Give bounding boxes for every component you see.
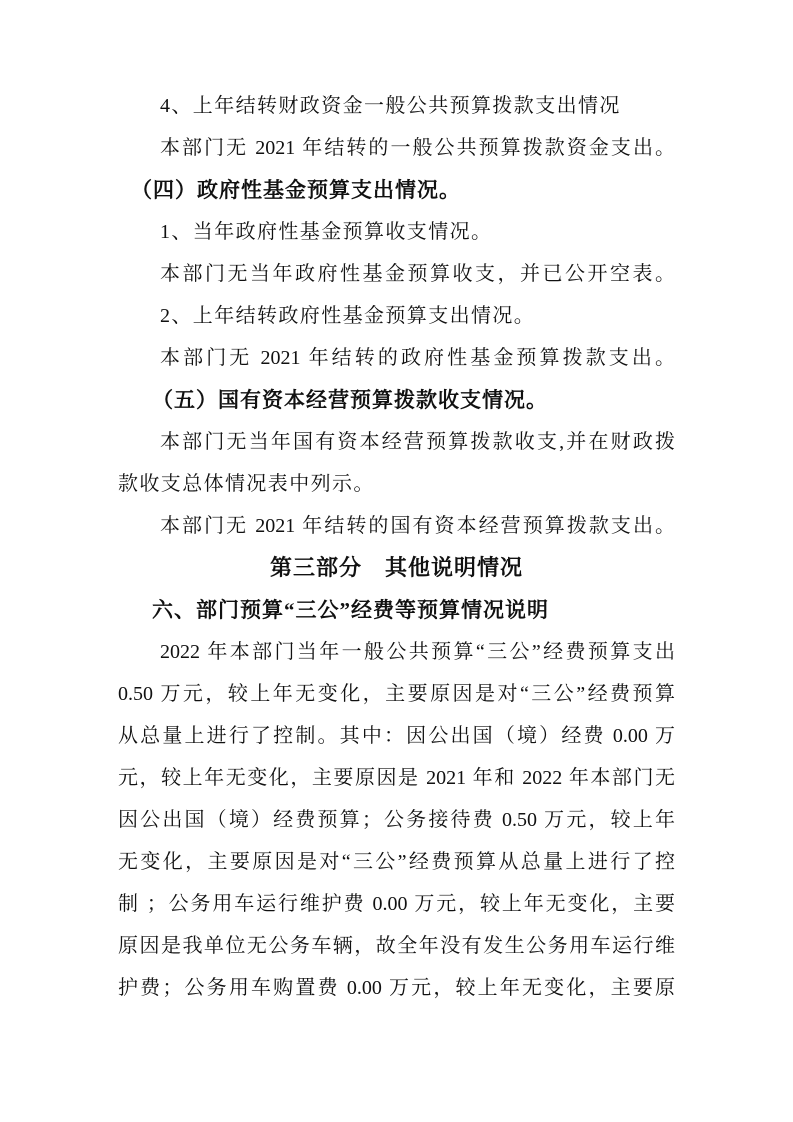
body-text-line: 因公出国（境）经费预算；公务接待费 0.50 万元，较上年: [118, 799, 675, 841]
body-text-line: 原因是我单位无公务车辆，故全年没有发生公务用车运行维: [118, 925, 675, 967]
body-text-line: 本部门无 2021 年结转的一般公共预算拨款资金支出。: [118, 127, 675, 169]
body-text-line: 0.50 万元，较上年无变化，主要原因是对“三公”经费预算: [118, 673, 675, 715]
body-text-line: 无变化，主要原因是对“三公”经费预算从总量上进行了控: [118, 841, 675, 883]
list-item-4-heading: 4、上年结转财政资金一般公共预算拨款支出情况: [118, 85, 675, 127]
list-item-1-heading: 1、当年政府性基金预算收支情况。: [118, 211, 675, 253]
body-text-line: 款收支总体情况表中列示。: [118, 463, 675, 505]
body-text-line: 从总量上进行了控制。其中：因公出国（境）经费 0.00 万: [118, 715, 675, 757]
section-six-heading: 六、部门预算“三公”经费等预算情况说明: [118, 589, 675, 631]
body-text-line: 本部门无当年政府性基金预算收支，并已公开空表。: [118, 253, 675, 295]
document-page: 4、上年结转财政资金一般公共预算拨款支出情况 本部门无 2021 年结转的一般公…: [0, 0, 793, 1122]
list-item-2-heading: 2、上年结转政府性基金预算支出情况。: [118, 295, 675, 337]
section-heading-four: （四）政府性基金预算支出情况。: [118, 169, 675, 211]
body-text-line: 元，较上年无变化，主要原因是 2021 年和 2022 年本部门无: [118, 757, 675, 799]
body-text-line: 制 ；公务用车运行维护费 0.00 万元，较上年无变化，主要: [118, 883, 675, 925]
body-text-line: 本部门无 2021 年结转的政府性基金预算拨款支出。: [118, 337, 675, 379]
section-heading-five: （五）国有资本经营预算拨款收支情况。: [118, 379, 675, 421]
body-text-line: 2022 年本部门当年一般公共预算“三公”经费预算支出: [118, 631, 675, 673]
body-text-line: 本部门无当年国有资本经营预算拨款收支,并在财政拨: [118, 421, 675, 463]
body-text-line: 本部门无 2021 年结转的国有资本经营预算拨款支出。: [118, 505, 675, 547]
body-text-line: 护费；公务用车购置费 0.00 万元，较上年无变化，主要原: [118, 967, 675, 1009]
part-three-heading: 第三部分 其他说明情况: [118, 547, 675, 589]
